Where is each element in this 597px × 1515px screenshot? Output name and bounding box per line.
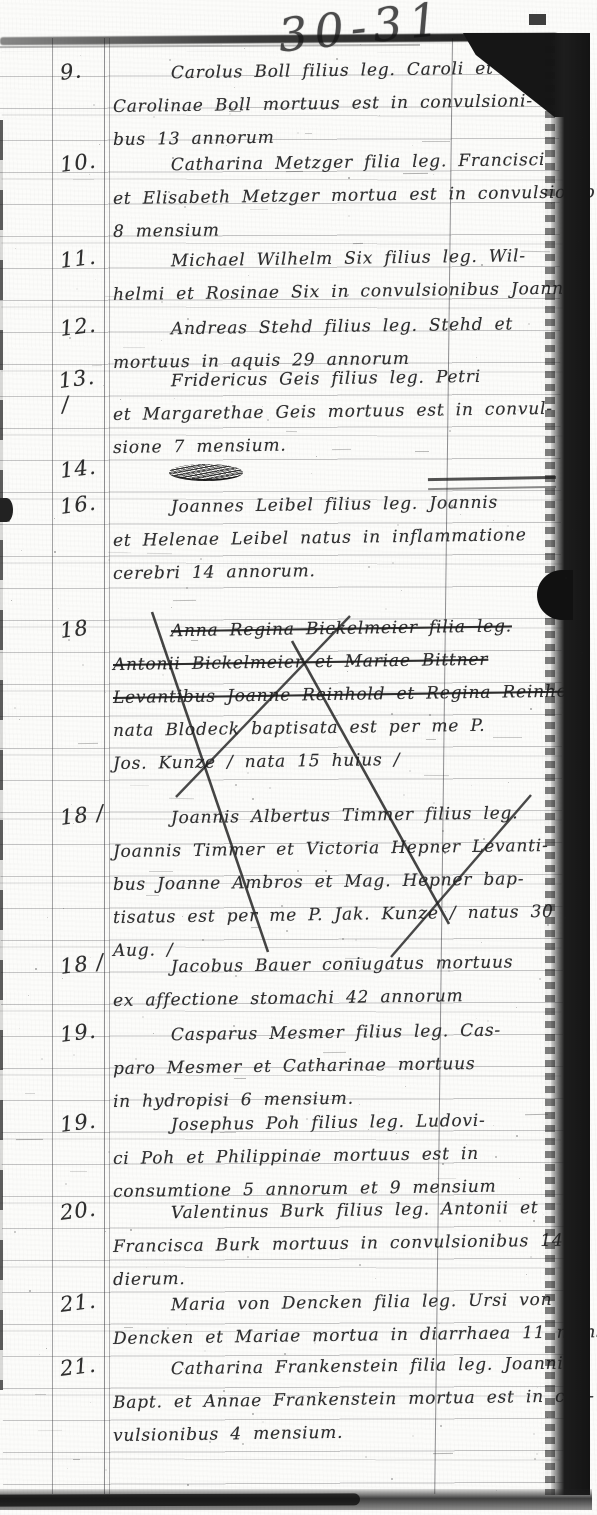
register-entry: 21.Catharina Frankenstein filia leg. Joa… [0, 1354, 560, 1453]
entry-number: 19. [59, 1017, 110, 1047]
entry-number: 12. [59, 311, 110, 341]
entry-number: 18 / [59, 949, 110, 979]
entry-number: 19. [59, 1107, 110, 1137]
entry-text: Maria von Dencken filia leg. Ursi vonDen… [113, 1290, 558, 1356]
entry-number: 21. [59, 1287, 110, 1317]
scan-artifact-square [529, 14, 546, 25]
entry-number: 18 [59, 613, 110, 643]
register-entry: 13. /Fridericus Geis filius leg. Petriet… [0, 366, 560, 465]
register-entry: 11.Michael Wilhelm Six filius leg. Wil-h… [0, 246, 560, 312]
page-left-edge [0, 120, 3, 1390]
entry-text: Michael Wilhelm Six filius leg. Wil-helm… [113, 246, 558, 312]
scan-shadow-bottom-blob [0, 1493, 360, 1506]
entry-line: ex affectione stomachi 42 annorum [113, 979, 558, 1018]
register-entry: 20.Valentinus Burk filius leg. Antonii e… [0, 1198, 560, 1297]
register-entry: 18Anna Regina Bickelmeier filia leg.Anto… [0, 616, 560, 781]
entry-text: Catharina Metzger filia leg. Francisciet… [113, 150, 558, 249]
entry-number: 21. [59, 1351, 110, 1381]
entry-number: 16. [59, 489, 110, 519]
entry-line: vulsionibus 4 mensium. [113, 1414, 558, 1453]
entry-number: 10. [59, 147, 110, 177]
entry-number: 20. [59, 1195, 110, 1225]
entry-number: 18 / [59, 800, 110, 830]
entry-text: Jacobus Bauer coniugatus mortuusex affec… [113, 952, 558, 1018]
register-entry: 10.Catharina Metzger filia leg. Francisc… [0, 150, 560, 249]
scan-shadow-right-band [551, 33, 590, 1495]
entry-line: cerebri 14 annorum. [113, 552, 558, 591]
entry-number: 14. [59, 453, 110, 483]
heavy-dash-mark [428, 476, 556, 490]
entry-text: Fridericus Geis filius leg. Petriet Marg… [113, 366, 558, 465]
register-page-scan: 30-31 9.Carolus Boll filius leg. Caroli … [0, 0, 597, 1515]
entry-text: Valentinus Burk filius leg. Antonii etFr… [113, 1198, 558, 1297]
entry-line: Jos. Kunze / nata 15 huius / [113, 742, 558, 781]
page-left-edge-blob [0, 498, 13, 522]
scratched-out-word [169, 464, 243, 481]
register-entry: 9.Carolus Boll filius leg. Caroli etCaro… [0, 58, 560, 157]
entry-number: 9. [59, 55, 110, 85]
register-entry: 18 /Joannis Albertus Timmer filius leg.J… [0, 803, 560, 968]
entry-text: Anna Regina Bickelmeier filia leg.Antoni… [113, 616, 558, 781]
entry-text: Joannis Albertus Timmer filius leg.Joann… [113, 803, 558, 968]
entry-text: Carolus Boll filius leg. Caroli etCaroli… [113, 58, 558, 157]
register-entry: 21.Maria von Dencken filia leg. Ursi von… [0, 1290, 560, 1356]
register-entry: 18 /Jacobus Bauer coniugatus mortuusex a… [0, 952, 560, 1018]
entry-line: helmi et Rosinae Six in convulsionibus J… [113, 273, 558, 312]
entry-text: Catharina Frankenstein filia leg. Joanni… [113, 1354, 558, 1453]
entry-text: Joannes Leibel filius leg. Joanniset Hel… [113, 492, 558, 591]
entry-number: 13. / [57, 363, 110, 416]
entry-number: 11. [59, 243, 110, 273]
register-entry: 16.Joannes Leibel filius leg. Joanniset … [0, 492, 560, 591]
